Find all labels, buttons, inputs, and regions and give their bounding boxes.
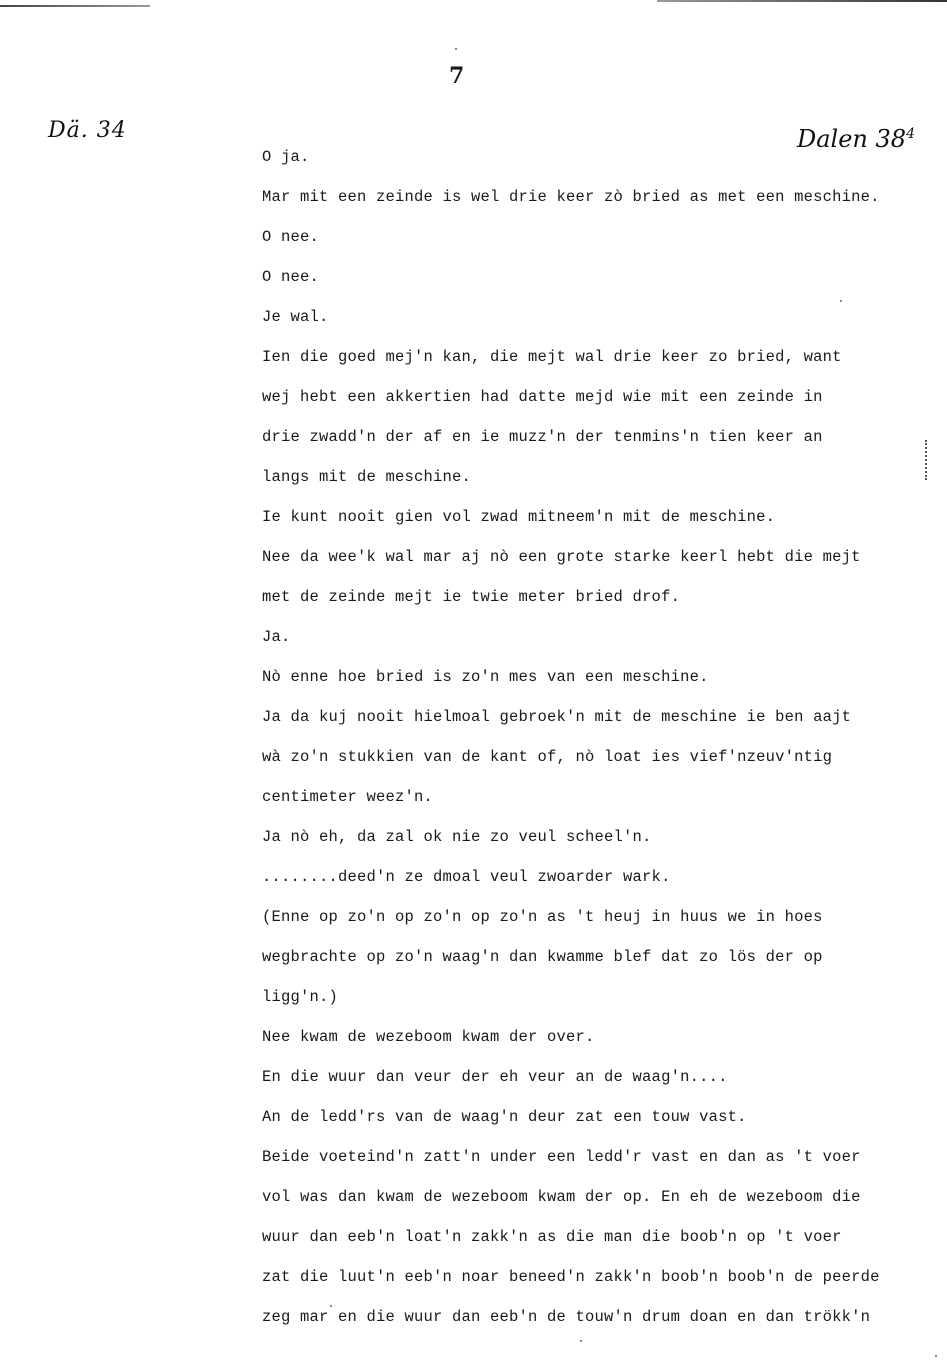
transcript-line: wà zo'n stukkien van de kant of, nò loat…	[262, 745, 932, 785]
transcript-line: wegbrachte op zo'n waag'n dan kwamme ble…	[262, 945, 932, 985]
transcript-line: wuur dan eeb'n loat'n zakk'n as die man …	[262, 1225, 932, 1265]
transcript-line: vol was dan kwam de wezeboom kwam der op…	[262, 1185, 932, 1225]
typed-transcript: O ja. Mar mit een zeinde is wel drie kee…	[262, 145, 932, 1345]
transcript-line: Nò enne hoe bried is zo'n mes van een me…	[262, 665, 932, 705]
transcript-line: zeg mar en die wuur dan eeb'n de touw'n …	[262, 1305, 932, 1345]
transcript-line: O nee.	[262, 225, 932, 265]
transcript-line: Ien die goed mej'n kan, die mejt wal dri…	[262, 345, 932, 385]
transcript-line: (Enne op zo'n op zo'n op zo'n as 't heuj…	[262, 905, 932, 945]
transcript-line: drie zwadd'n der af en ie muzz'n der ten…	[262, 425, 932, 465]
transcript-line: An de ledd'rs van de waag'n deur zat een…	[262, 1105, 932, 1145]
transcript-line: wej hebt een akkertien had datte mejd wi…	[262, 385, 932, 425]
scan-speck	[330, 1305, 332, 1307]
transcript-line: met de zeinde mejt ie twie meter bried d…	[262, 585, 932, 625]
transcript-line: Ie kunt nooit gien vol zwad mitneem'n mi…	[262, 505, 932, 545]
transcript-line: Ja nò eh, da zal ok nie zo veul scheel'n…	[262, 825, 932, 865]
transcript-line: Ja da kuj nooit hielmoal gebroek'n mit d…	[262, 705, 932, 745]
transcript-line: zat die luut'n eeb'n noar beneed'n zakk'…	[262, 1265, 932, 1305]
scan-speck	[580, 1340, 582, 1342]
scan-speck	[935, 1355, 937, 1357]
transcript-line: Nee kwam de wezeboom kwam der over.	[262, 1025, 932, 1065]
transcript-line: langs mit de meschine.	[262, 465, 932, 505]
transcript-line: Nee da wee'k wal mar aj nò een grote sta…	[262, 545, 932, 585]
transcript-line: ........deed'n ze dmoal veul zwoarder wa…	[262, 865, 932, 905]
transcript-line: ligg'n.)	[262, 985, 932, 1025]
transcript-line: O nee.	[262, 265, 932, 305]
transcript-line: Ja.	[262, 625, 932, 665]
scan-edge-top-right	[657, 0, 947, 2]
transcript-line: Mar mit een zeinde is wel drie keer zò b…	[262, 185, 932, 225]
transcript-line: centimeter weez'n.	[262, 785, 932, 825]
scan-speck	[455, 48, 457, 50]
page-number: 7	[449, 63, 464, 89]
transcript-line: En die wuur dan veur der eh veur an de w…	[262, 1065, 932, 1105]
transcript-line: O ja.	[262, 145, 932, 185]
transcript-line: Beide voeteind'n zatt'n under een ledd'r…	[262, 1145, 932, 1185]
handwritten-correction: 4	[906, 126, 915, 142]
scan-edge-top-left	[0, 5, 150, 7]
transcript-line: Je wal.	[262, 305, 932, 345]
scan-speck	[840, 300, 842, 302]
handwritten-margin-note-left: Dä. 34	[48, 118, 127, 143]
